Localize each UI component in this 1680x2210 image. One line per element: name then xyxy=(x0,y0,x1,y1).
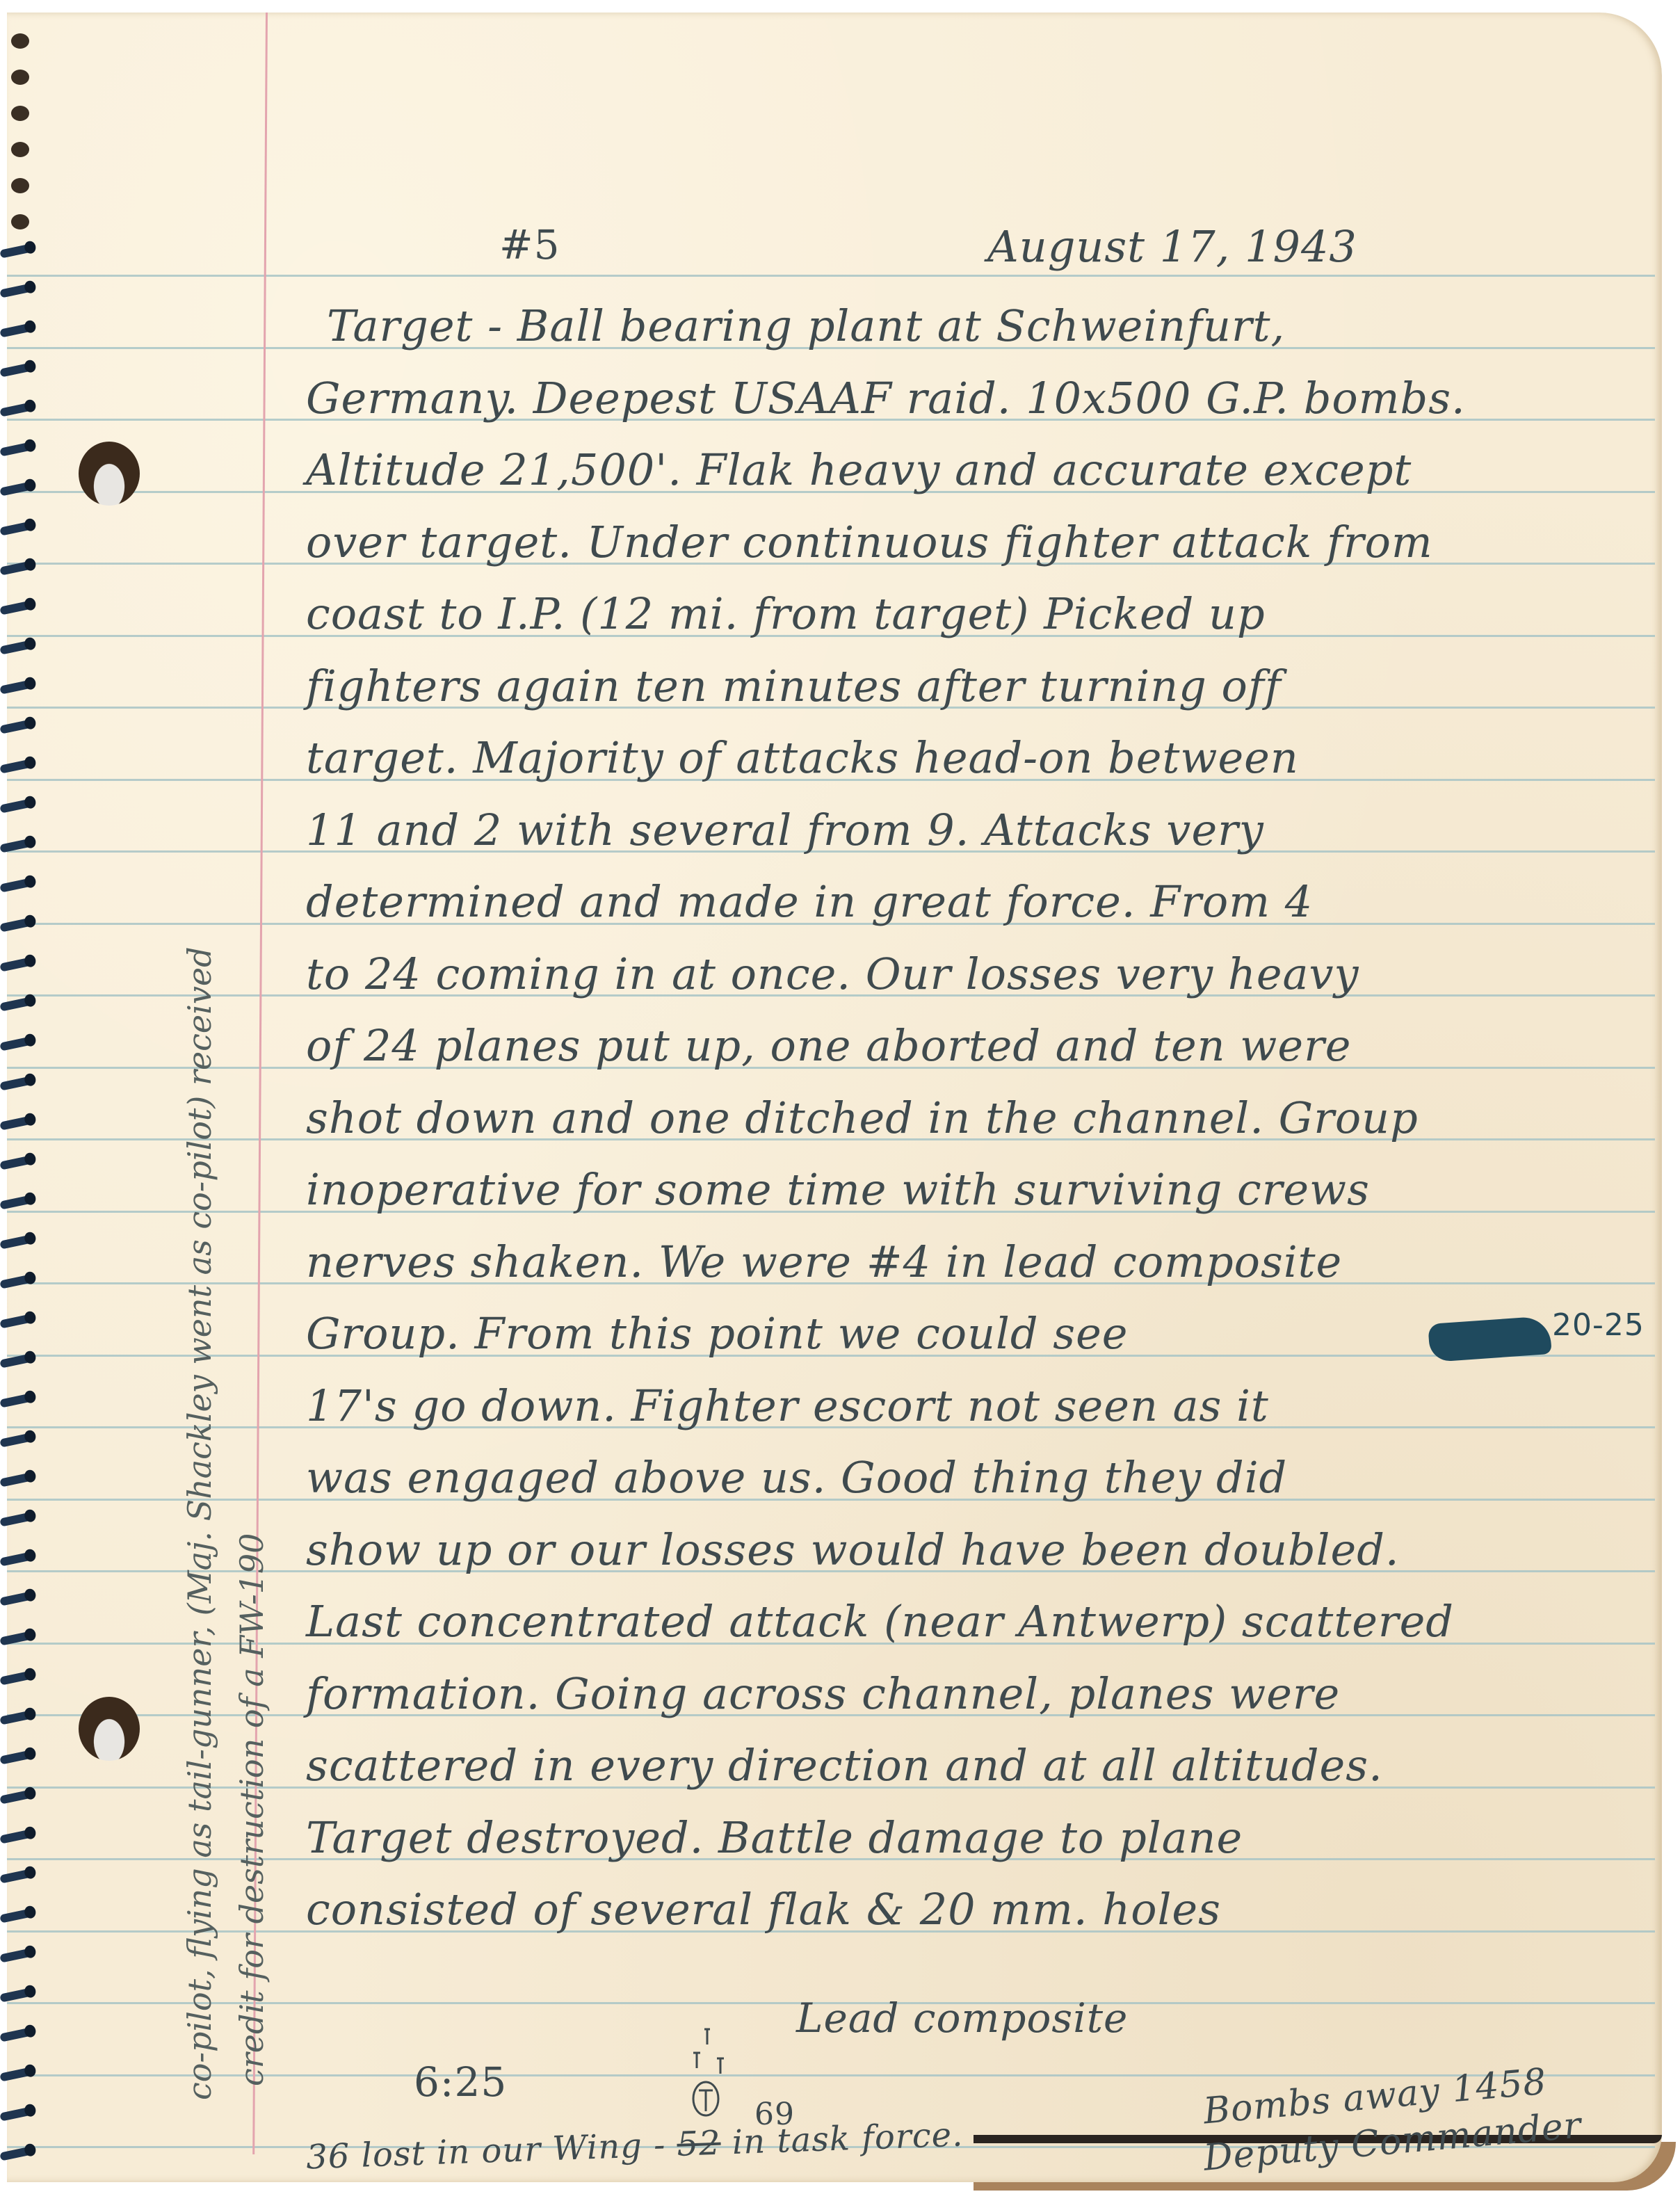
spiral-coil xyxy=(0,1869,33,1883)
diary-line: Altitude 21,500'. Flak heavy and accurat… xyxy=(306,444,1412,495)
spiral-coil xyxy=(0,481,33,496)
spiral-coil xyxy=(0,1631,33,1645)
diary-line: shot down and one ditched in the channel… xyxy=(306,1092,1419,1143)
spiral-coil xyxy=(0,1750,33,1764)
diary-line: show up or our losses would have been do… xyxy=(306,1524,1400,1575)
spiral-coil xyxy=(0,1948,33,1962)
spiral-coil xyxy=(0,402,33,417)
diary-line: inoperative for some time with surviving… xyxy=(306,1164,1370,1215)
spiral-coil xyxy=(0,323,33,337)
perforation-hole xyxy=(11,70,29,85)
spiral-coil xyxy=(0,1908,33,1923)
diary-line: Germany. Deepest USAAF raid. 10x500 G.P.… xyxy=(306,373,1466,424)
diary-line: was engaged above us. Good thing they di… xyxy=(306,1452,1287,1503)
perforation-hole xyxy=(11,178,29,193)
perforation-hole xyxy=(11,214,29,229)
spiral-coil xyxy=(0,759,33,773)
diary-line: scattered in every direction and at all … xyxy=(306,1740,1383,1791)
diary-line: 17's go down. Fighter escort not seen as… xyxy=(306,1380,1269,1431)
flight-time: 6:25 xyxy=(414,2058,507,2106)
spiral-binding xyxy=(0,0,42,2210)
spiral-coil xyxy=(0,878,33,892)
spiral-coil xyxy=(0,1155,33,1170)
spiral-coil xyxy=(0,283,33,298)
diary-line: of 24 planes put up, one aborted and ten… xyxy=(306,1020,1351,1071)
spiral-coil xyxy=(0,1274,33,1289)
formation-label: Lead composite xyxy=(796,1994,1128,2042)
spiral-coil xyxy=(0,1789,33,1804)
spiral-coil xyxy=(0,798,33,813)
spiral-coil xyxy=(0,1987,33,2002)
spiral-coil xyxy=(0,521,33,535)
spiral-coil xyxy=(0,1829,33,1844)
spiral-coil xyxy=(0,1551,33,1566)
spiral-coil xyxy=(0,1393,33,1408)
diary-line: 11 and 2 with several from 9. Attacks ve… xyxy=(306,805,1264,855)
spiral-coil xyxy=(0,957,33,971)
spiral-coil xyxy=(0,1591,33,1606)
punch-hole-bottom xyxy=(79,1697,140,1761)
diary-line: Group. From this point we could see xyxy=(306,1308,1128,1359)
spiral-coil xyxy=(0,1512,33,1526)
spiral-coil xyxy=(0,1195,33,1209)
margin-note-1: co-pilot, flying as tail-gunner, (Maj. S… xyxy=(181,946,218,2100)
spiral-coil xyxy=(0,1314,33,1328)
spiral-coil xyxy=(0,2067,33,2081)
spiral-coil xyxy=(0,442,33,456)
diary-line: Target destroyed. Battle damage to plane xyxy=(306,1812,1243,1863)
spiral-coil xyxy=(0,600,33,615)
spiral-coil xyxy=(0,2027,33,2042)
spiral-coil xyxy=(0,560,33,575)
spiral-coil xyxy=(0,1115,33,1130)
margin-note-2: credit for destruction of a FW-190 xyxy=(233,1533,270,2086)
diary-line: Last concentrated attack (near Antwerp) … xyxy=(306,1596,1454,1647)
perforation-hole xyxy=(11,106,29,121)
punch-hole-top xyxy=(79,442,140,506)
spiral-coil xyxy=(0,1433,33,1447)
rule-line xyxy=(7,275,1655,277)
spiral-coil xyxy=(0,997,33,1011)
spiral-coil xyxy=(0,719,33,734)
formation-diagram-icon xyxy=(685,2024,734,2128)
entry-number: #5 xyxy=(499,221,560,268)
spiral-coil xyxy=(0,1036,33,1051)
losses-struck-value: 52 xyxy=(677,2124,722,2164)
diary-line: determined and made in great force. From… xyxy=(306,876,1313,927)
struck-annotation: 20-25 xyxy=(1552,1307,1645,1343)
spiral-coil xyxy=(0,1472,33,1487)
entry-date: August 17, 1943 xyxy=(987,221,1357,272)
diary-line: fighters again ten minutes after turning… xyxy=(306,661,1282,711)
losses-corrected-value: 69 xyxy=(754,2097,795,2132)
diary-line: Target - Ball bearing plant at Schweinfu… xyxy=(327,300,1285,351)
diary-line: formation. Going across channel, planes … xyxy=(306,1668,1340,1719)
diary-line: over target. Under continuous fighter at… xyxy=(306,517,1433,567)
diary-line: target. Majority of attacks head-on betw… xyxy=(306,732,1299,783)
diary-line: consisted of several flak & 20 mm. holes xyxy=(306,1884,1221,1935)
spiral-coil xyxy=(0,679,33,694)
spiral-coil xyxy=(0,838,33,853)
diary-line: to 24 coming in at once. Our losses very… xyxy=(306,949,1359,999)
spiral-coil xyxy=(0,362,33,377)
perforation-hole xyxy=(11,142,29,157)
spiral-coil xyxy=(0,1710,33,1725)
spiral-coil xyxy=(0,1076,33,1090)
diary-line: nerves shaken. We were #4 in lead compos… xyxy=(306,1236,1342,1287)
spiral-coil xyxy=(0,917,33,932)
spiral-coil xyxy=(0,1234,33,1249)
spiral-coil xyxy=(0,2106,33,2121)
spiral-coil xyxy=(0,640,33,654)
diary-line: coast to I.P. (12 mi. from target) Picke… xyxy=(306,588,1266,639)
spiral-coil xyxy=(0,1670,33,1685)
spiral-coil xyxy=(0,243,33,258)
perforation-hole xyxy=(11,33,29,49)
spiral-coil xyxy=(0,1353,33,1368)
spiral-coil xyxy=(0,2146,33,2161)
